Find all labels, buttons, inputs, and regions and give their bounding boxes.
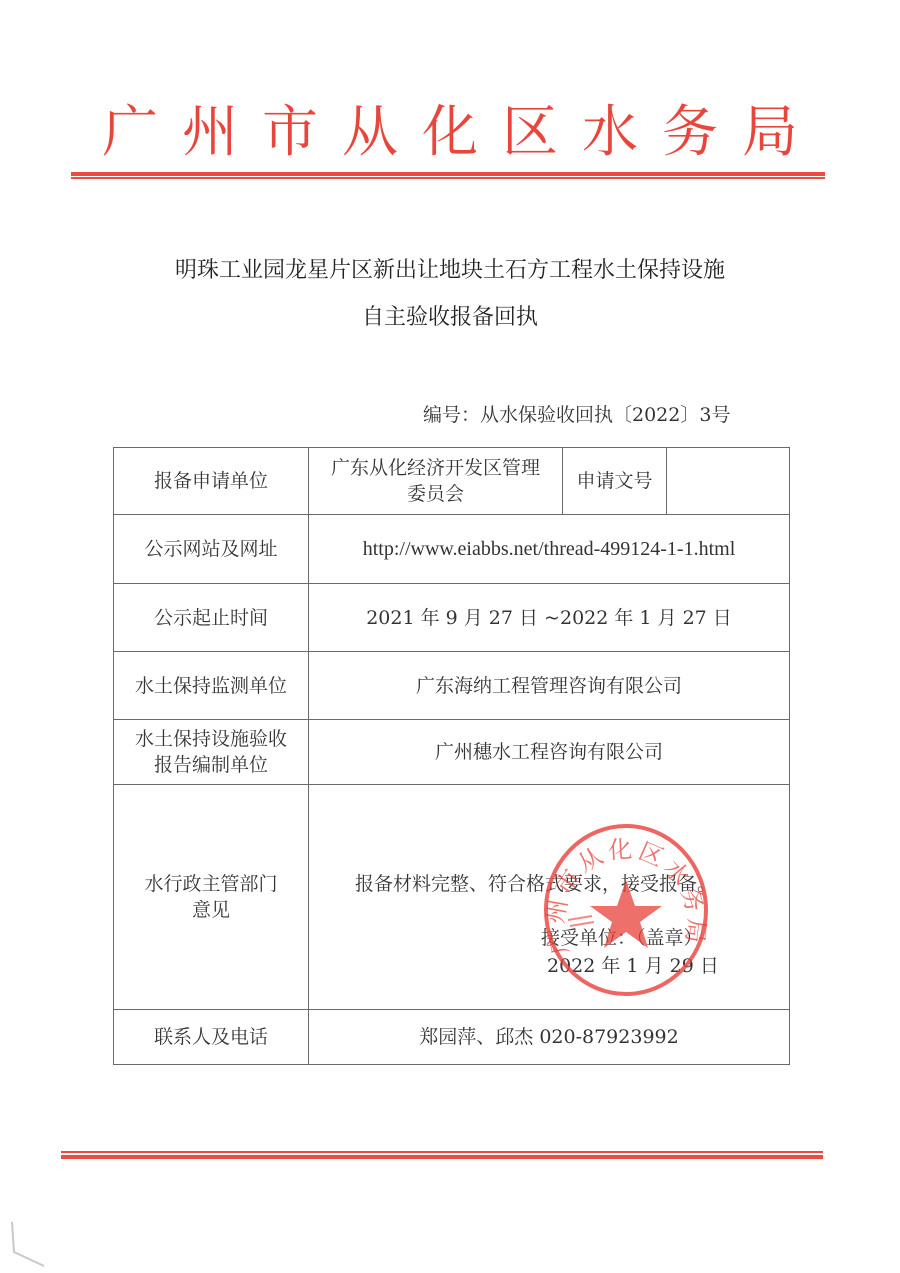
label-opinion-line1: 水行政主管部门	[118, 871, 304, 897]
label-website: 公示网站及网址	[114, 515, 309, 584]
footer-rule-thin	[61, 1151, 823, 1153]
sign-unit: 接受单位：（盖章）	[541, 925, 703, 951]
table-row-period: 公示起止时间 2021 年 9 月 27 日 ~2022 年 1 月 27 日	[114, 584, 790, 652]
value-applicant-line1: 广东从化经济开发区管理	[313, 455, 558, 481]
letterhead-rule-thin	[71, 177, 825, 179]
opinion-text: 报备材料完整、符合格式要求，接受报备。	[355, 871, 716, 897]
receipt-table: 报备申请单位 广东从化经济开发区管理 委员会 申请文号 公示网站及网址 http…	[113, 447, 790, 1065]
value-website-url[interactable]: http://www.eiabbs.net/thread-499124-1-1.…	[309, 515, 790, 584]
value-application-no	[667, 448, 790, 515]
label-opinion-line2: 意见	[118, 897, 304, 923]
sign-date: 2022 年 1 月 29 日	[547, 953, 719, 979]
value-applicant-line2: 委员会	[313, 481, 558, 507]
scan-corner-mark	[8, 1220, 48, 1270]
table-row-contact: 联系人及电话 郑园萍、邱杰 020-87923992	[114, 1010, 790, 1065]
label-report-author-line2: 报告编制单位	[118, 752, 304, 778]
table-row-monitor: 水土保持监测单位 广东海纳工程管理咨询有限公司	[114, 652, 790, 720]
table-row-applicant: 报备申请单位 广东从化经济开发区管理 委员会 申请文号	[114, 448, 790, 515]
table-row-report-author: 水土保持设施验收 报告编制单位 广州穗水工程咨询有限公司	[114, 720, 790, 785]
label-contact: 联系人及电话	[114, 1010, 309, 1065]
table-row-opinion: 水行政主管部门 意见 报备材料完整、符合格式要求，接受报备。 接受单位：（盖章）…	[114, 785, 790, 1010]
label-report-author-line1: 水土保持设施验收	[118, 726, 304, 752]
label-monitor: 水土保持监测单位	[114, 652, 309, 720]
value-applicant: 广东从化经济开发区管理 委员会	[309, 448, 563, 515]
footer-rule-thick	[61, 1155, 823, 1159]
document-title-line2: 自主验收报备回执	[0, 303, 900, 333]
label-applicant: 报备申请单位	[114, 448, 309, 515]
label-opinion: 水行政主管部门 意见	[114, 785, 309, 1010]
value-period: 2021 年 9 月 27 日 ~2022 年 1 月 27 日	[309, 584, 790, 652]
table-row-website: 公示网站及网址 http://www.eiabbs.net/thread-499…	[114, 515, 790, 584]
label-application-no: 申请文号	[563, 448, 667, 515]
letterhead-org-name: 广州市从化区水务局	[0, 98, 900, 168]
document-title-line1: 明珠工业园龙星片区新出让地块土石方工程水土保持设施	[0, 256, 900, 286]
value-contact: 郑园萍、邱杰 020-87923992	[309, 1010, 790, 1065]
document-number: 编号：从水保验收回执〔2022〕3号	[423, 400, 730, 427]
label-period: 公示起止时间	[114, 584, 309, 652]
value-opinion: 报备材料完整、符合格式要求，接受报备。 接受单位：（盖章） 2022 年 1 月…	[309, 785, 790, 1010]
value-report-author: 广州穗水工程咨询有限公司	[309, 720, 790, 785]
label-report-author: 水土保持设施验收 报告编制单位	[114, 720, 309, 785]
letterhead-rule-thick	[71, 172, 825, 176]
value-monitor: 广东海纳工程管理咨询有限公司	[309, 652, 790, 720]
